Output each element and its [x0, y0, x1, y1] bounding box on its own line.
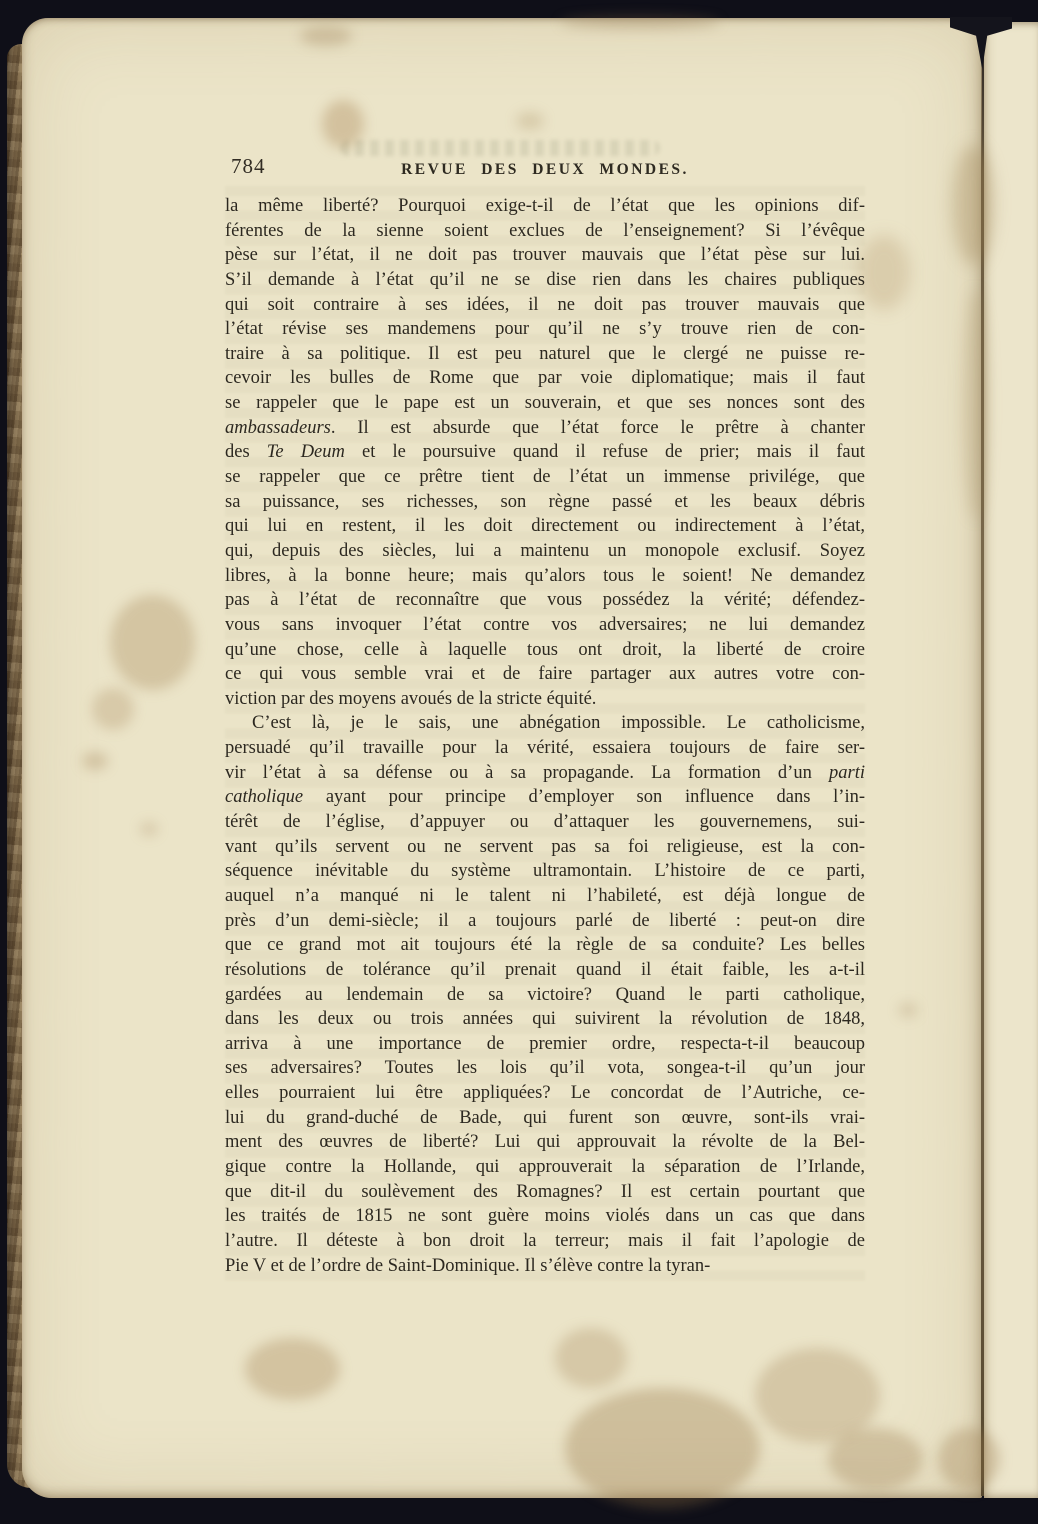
text-line: séquence inévitable du système ultramont… [225, 859, 865, 884]
text-line: dans les deux ou trois années qui suivir… [225, 1007, 865, 1032]
text-line: se rappeler que ce prêtre tient de l’éta… [225, 465, 865, 490]
text-line: persuadé qu’il travaille pour la vérité,… [225, 736, 865, 761]
text-line: elles pourraient lui être appliquées? Le… [225, 1081, 865, 1106]
running-header: REVUE DES DEUX MONDES. [225, 150, 865, 179]
text-line: catholique ayant pour principe d’employe… [225, 785, 865, 810]
text-line: traire à sa politique. Il est peu nature… [225, 342, 865, 367]
text-line: libres, à la bonne heure; mais qu’alors … [225, 564, 865, 589]
foxing-stain [828, 1428, 923, 1490]
foxing-stain [92, 688, 134, 730]
text-line: pèse sur l’état, il ne doit pas trouver … [225, 243, 865, 268]
text-line: vous sans invoquer l’état contre vos adv… [225, 613, 865, 638]
foxing-stain [140, 822, 158, 836]
text-line: ambassadeurs. Il est absurde que l’état … [225, 416, 865, 441]
page-header: 784 REVUE DES DEUX MONDES. [225, 150, 865, 194]
text-line: l’état révise ses mandemens pour qu’il n… [225, 317, 865, 342]
text-line: C’est là, je le sais, une abnégation imp… [225, 711, 865, 736]
adjacent-page [984, 22, 1038, 1498]
foxing-stain [300, 26, 352, 46]
text-line: S’il demande à l’état qu’il ne se dise r… [225, 268, 865, 293]
foxing-stain [962, 290, 988, 520]
text-line: vir l’état à sa défense ou à sa propagan… [225, 761, 865, 786]
text-line: lui du grand-duché de Bade, qui furent s… [225, 1106, 865, 1131]
text-line: férentes de la sienne soient exclues de … [225, 219, 865, 244]
text-line: ment des œuvres de liberté? Lui qui appr… [225, 1130, 865, 1155]
book-scan: 784 REVUE DES DEUX MONDES. la même liber… [0, 0, 1038, 1524]
text-line: ses adversaires? Toutes les lois qu’il v… [225, 1056, 865, 1081]
foxing-stain [82, 752, 108, 770]
text-line: gardées au lendemain de sa victoire? Qua… [225, 983, 865, 1008]
text-line: térêt de l’église, d’appuyer ou d’attaqu… [225, 810, 865, 835]
foxing-stain [110, 595, 195, 690]
foxing-stain [858, 235, 910, 310]
text-line: ce qui vous semble vrai et de faire part… [225, 662, 865, 687]
text-line: la même liberté? Pourquoi exige-t-il de … [225, 194, 865, 219]
text-line: gique contre la Hollande, qui approuvera… [225, 1155, 865, 1180]
text-line: résolutions de tolérance qu’il prenait q… [225, 958, 865, 983]
text-line: qu’une chose, celle à laquelle tous ont … [225, 638, 865, 663]
foxing-stain [245, 1338, 340, 1400]
text-line: des Te Deum et le poursuive quand il ref… [225, 440, 865, 465]
text-line: pas à l’état de reconnaître que vous pos… [225, 588, 865, 613]
text-line: se rappeler que le pape est un souverain… [225, 391, 865, 416]
foxing-stain [898, 1002, 918, 1018]
page-number: 784 [231, 154, 266, 179]
text-line: cevoir les bulles de Rome que par voie d… [225, 366, 865, 391]
text-line: qui, depuis des siècles, lui a maintenu … [225, 539, 865, 564]
foxing-stain [560, 16, 720, 29]
text-line: que dit-il du soulèvement des Romagnes? … [225, 1180, 865, 1205]
text-line: Pie V et de l’ordre de Saint-Dominique. … [225, 1254, 865, 1279]
foxing-stain [516, 112, 544, 130]
foxing-stain [565, 1388, 760, 1508]
body-text: la même liberté? Pourquoi exige-t-il de … [225, 194, 865, 1278]
foxing-stain [555, 1328, 627, 1388]
text-line: vant qu’ils servent ou ne servent pas sa… [225, 835, 865, 860]
text-line: l’autre. Il déteste à bon droit la terre… [225, 1229, 865, 1254]
text-line: qui soit contraire à ses idées, il ne do… [225, 293, 865, 318]
page-content: 784 REVUE DES DEUX MONDES. la même liber… [225, 150, 865, 1278]
text-line: que ce grand mot ait toujours été la règ… [225, 933, 865, 958]
foxing-stain [952, 145, 994, 265]
text-line: près d’un demi-siècle; il a toujours par… [225, 909, 865, 934]
text-line: les traités de 1815 ne sont guère moins … [225, 1204, 865, 1229]
text-line: qui lui en restent, il les doit directem… [225, 514, 865, 539]
text-line: arriva à une importance de premier ordre… [225, 1032, 865, 1057]
text-line: viction par des moyens avoués de la stri… [225, 687, 865, 712]
text-line: sa puissance, ses richesses, son règne p… [225, 490, 865, 515]
foxing-stain [322, 100, 364, 148]
foxing-stain [938, 1428, 1000, 1490]
text-line: auquel n’a manqué ni le talent ni l’habi… [225, 884, 865, 909]
